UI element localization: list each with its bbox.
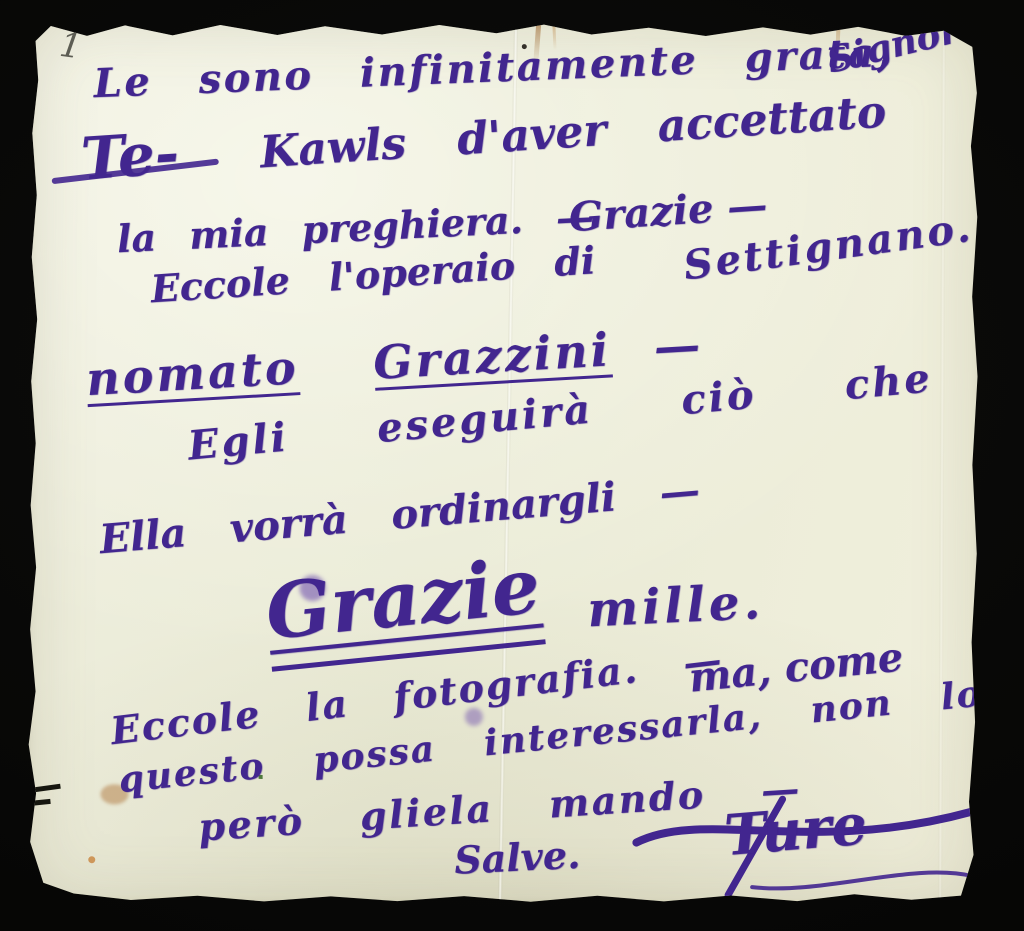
word-segment: — xyxy=(653,321,705,370)
photo-background: 1 Le sono infinitamente grata, Signor Te… xyxy=(0,0,1024,931)
word-segment-underlined: Grazzini xyxy=(372,326,612,390)
word-segment: Grazie — xyxy=(568,185,769,238)
word-segment: Ella vorrà ordinargli — xyxy=(98,470,701,560)
handwriting-line-8-mille: mille. xyxy=(586,578,765,634)
letter-paper: 1 Le sono infinitamente grata, Signor Te… xyxy=(26,18,982,908)
handwriting-line-7: Ella vorrà ordinargli — xyxy=(98,470,701,560)
left-edge-tear xyxy=(26,784,60,794)
paper-edge-crease xyxy=(938,16,946,914)
stain-dot-bottom-left xyxy=(88,856,95,863)
page-number: 1 xyxy=(57,25,84,68)
signature: Ture xyxy=(632,791,979,913)
handwriting-line-12-salve: Salve. xyxy=(453,836,581,880)
word-segment: Kawls d'aver accettato xyxy=(259,90,888,175)
signature-text: Ture xyxy=(722,791,869,869)
handwriting-line-3-end: Grazie — xyxy=(568,185,769,238)
word-segment: mille. xyxy=(586,578,765,634)
word-segment: Te- xyxy=(79,124,180,188)
left-edge-tear-2 xyxy=(28,799,50,806)
word-segment-underlined: nomato xyxy=(85,344,300,407)
word-segment: Salve. xyxy=(453,836,581,880)
